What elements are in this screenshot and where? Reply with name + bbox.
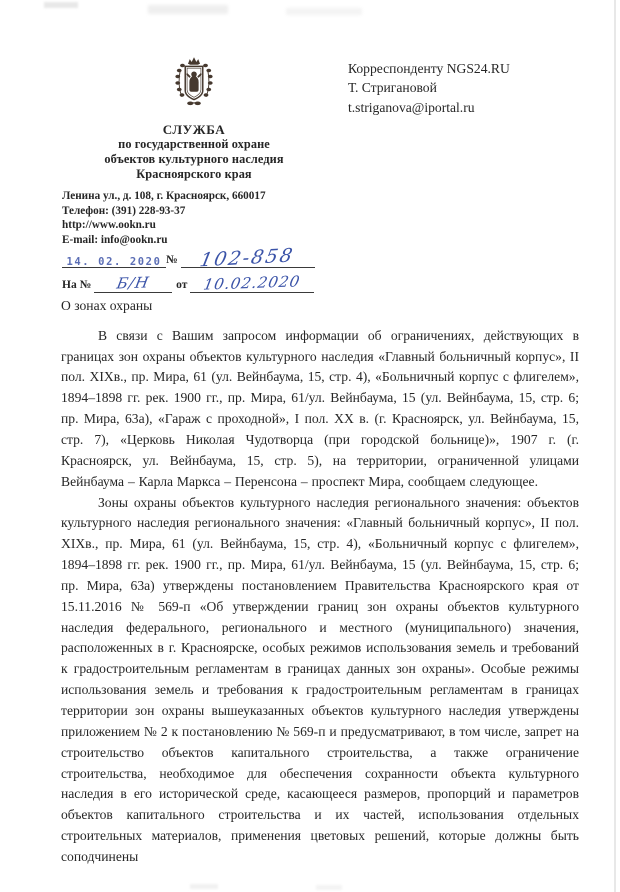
reference-date-handwritten: 10.02.2020 — [203, 273, 303, 294]
recipient-email: t.striganova@iportal.ru — [348, 98, 588, 117]
org-website: http://www.ookn.ru — [62, 218, 333, 233]
scan-smudge — [286, 8, 362, 15]
letter-body: О зонах охраны В связи с Вашим запросом … — [61, 296, 579, 868]
reference-number-label: На № — [62, 279, 94, 293]
reference-number-row: На № Б/Н от 10.02.2020 — [55, 271, 333, 293]
date-stamp: 14. 02. 2020 — [66, 256, 161, 268]
recipient-name: Т. Стригановой — [348, 78, 588, 97]
org-name-line: СЛУЖБА — [55, 122, 333, 137]
org-name-line: Красноярского края — [55, 167, 333, 182]
org-name-line: объектов культурного наследия — [55, 152, 333, 167]
reference-from-label: от — [176, 279, 190, 293]
reference-number-handwritten: Б/Н — [115, 274, 151, 293]
krasnoyarsk-krai-coat-of-arms-icon — [170, 56, 218, 110]
body-paragraph-1: В связи с Вашим запросом информации об о… — [61, 326, 579, 493]
reference-date-line: 10.02.2020 — [190, 271, 314, 293]
date-stamp-line: 14. 02. 2020 — [62, 247, 166, 268]
outgoing-number-line: 102-858 — [181, 247, 315, 268]
recipient-block: Корреспонденту NGS24.RU Т. Стригановой t… — [348, 59, 588, 117]
letterhead: СЛУЖБА по государственной охране объекто… — [55, 54, 333, 293]
recipient-org: Корреспонденту NGS24.RU — [348, 59, 588, 78]
scan-edge-shadow — [614, 0, 616, 892]
org-phone: Телефон: (391) 228-93-37 — [62, 204, 333, 219]
scan-smudge — [190, 884, 218, 889]
number-label: № — [166, 254, 181, 268]
scanned-letter-page: СЛУЖБА по государственной охране объекто… — [0, 0, 620, 892]
body-paragraph-2: Зоны охраны объектов культурного наследи… — [61, 493, 579, 868]
org-address: Ленина ул., д. 108, г. Красноярск, 66001… — [62, 189, 333, 204]
org-name-line: по государственной охране — [55, 137, 333, 152]
outgoing-number-handwritten: 102-858 — [198, 245, 296, 272]
scan-smudge — [44, 2, 78, 8]
org-contact-block: Ленина ул., д. 108, г. Красноярск, 66001… — [55, 189, 333, 247]
outgoing-number-row: 14. 02. 2020 № 102-858 — [55, 247, 333, 268]
org-name-block: СЛУЖБА по государственной охране объекто… — [55, 122, 333, 182]
subject-line: О зонах охраны — [61, 296, 579, 317]
scan-smudge — [148, 5, 228, 14]
scan-smudge — [316, 885, 342, 890]
reference-number-line: Б/Н — [94, 271, 172, 293]
